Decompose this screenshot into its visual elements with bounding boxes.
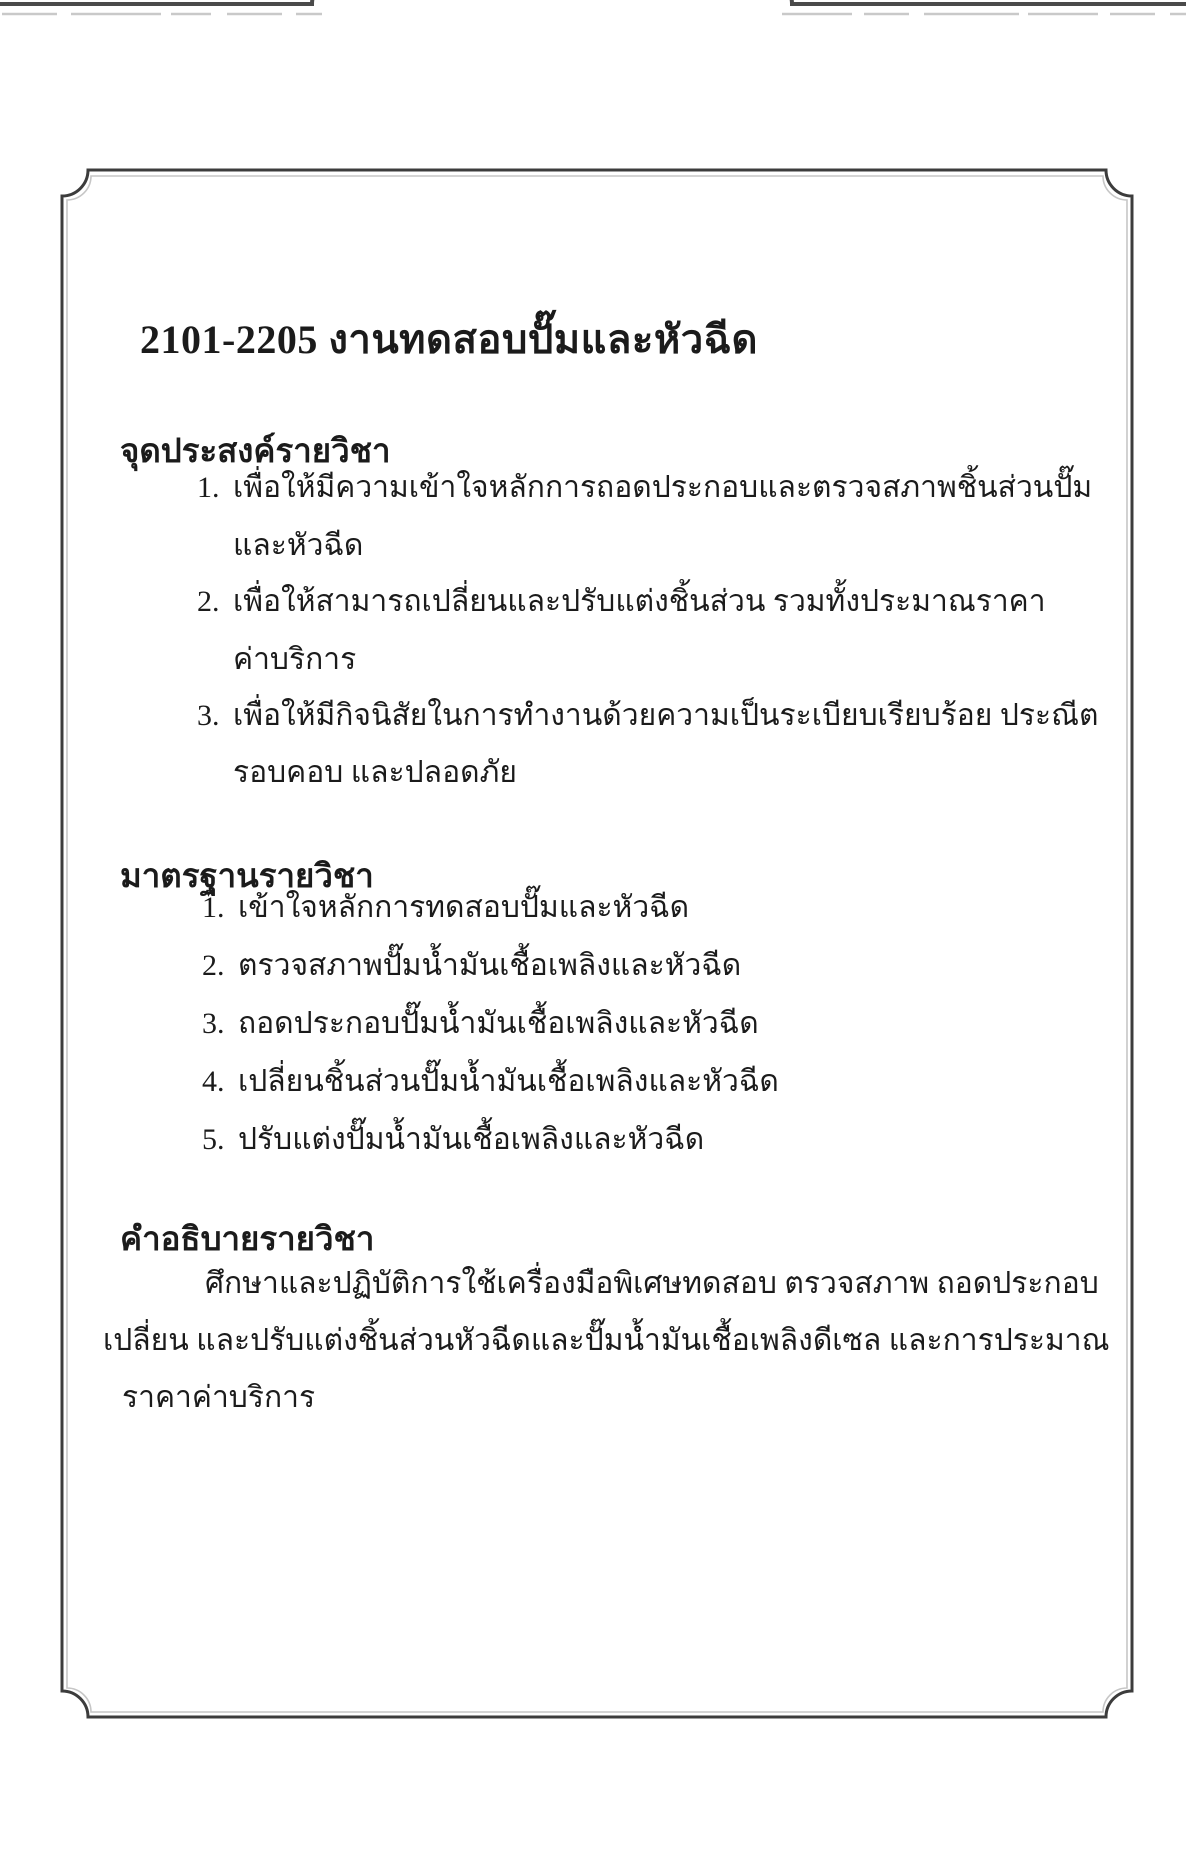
- description-line: ราคาค่าบริการ: [122, 1378, 315, 1419]
- objective-item-text: เพื่อให้สามารถเปลี่ยนและปรับแต่งชิ้นส่วน…: [233, 585, 1046, 618]
- objective-item: 3.เพื่อให้มีกิจนิสัยในการทำงานด้วยความเป…: [197, 696, 1098, 737]
- objective-item: 1.เพื่อให้มีความเข้าใจหลักการถอดประกอบแล…: [197, 468, 1092, 509]
- objective-item: 2.เพื่อให้สามารถเปลี่ยนและปรับแต่งชิ้นส่…: [197, 582, 1046, 623]
- objective-item-continuation: ค่าบริการ: [233, 640, 356, 681]
- objective-item-text: เพื่อให้มีความเข้าใจหลักการถอดประกอบและต…: [233, 471, 1092, 504]
- document-page: 2101-2205 งานทดสอบปั๊มและหัวฉีด จุดประสง…: [0, 0, 1186, 1867]
- standard-item: 5.ปรับแต่งปั๊มน้ำมันเชื้อเพลิงและหัวฉีด: [202, 1120, 704, 1161]
- objective-item-text: เพื่อให้มีกิจนิสัยในการทำงานด้วยความเป็น…: [233, 699, 1098, 732]
- standard-item-text: เข้าใจหลักการทดสอบปั๊มและหัวฉีด: [238, 891, 689, 924]
- standard-item: 1.เข้าใจหลักการทดสอบปั๊มและหัวฉีด: [202, 888, 689, 929]
- standard-item-number: 1.: [202, 888, 238, 929]
- standard-item-number: 2.: [202, 946, 238, 987]
- standard-item: 4.เปลี่ยนชิ้นส่วนปั๊มน้ำมันเชื้อเพลิงและ…: [202, 1062, 779, 1103]
- objective-item-continuation: และหัวฉีด: [233, 526, 363, 567]
- objective-item-number: 1.: [197, 468, 233, 509]
- course-title: 2101-2205 งานทดสอบปั๊มและหัวฉีด: [140, 315, 758, 365]
- page-border-frame: [0, 0, 1186, 1867]
- objective-item-number: 3.: [197, 696, 233, 737]
- standard-item-number: 5.: [202, 1120, 238, 1161]
- standard-item-text: ตรวจสภาพปั๊มน้ำมันเชื้อเพลิงและหัวฉีด: [238, 949, 741, 982]
- scan-artifact-top-edge: [0, 0, 1186, 40]
- standard-item-number: 4.: [202, 1062, 238, 1103]
- standard-item-number: 3.: [202, 1004, 238, 1045]
- standard-item: 2.ตรวจสภาพปั๊มน้ำมันเชื้อเพลิงและหัวฉีด: [202, 946, 741, 987]
- standard-item-text: ถอดประกอบปั๊มน้ำมันเชื้อเพลิงและหัวฉีด: [238, 1007, 759, 1040]
- standard-item: 3.ถอดประกอบปั๊มน้ำมันเชื้อเพลิงและหัวฉีด: [202, 1004, 759, 1045]
- objective-item-continuation: รอบคอบ และปลอดภัย: [233, 753, 517, 794]
- description-heading: คำอธิบายรายวิชา: [120, 1220, 374, 1261]
- objective-item-number: 2.: [197, 582, 233, 623]
- standard-item-text: ปรับแต่งปั๊มน้ำมันเชื้อเพลิงและหัวฉีด: [238, 1123, 704, 1156]
- standard-item-text: เปลี่ยนชิ้นส่วนปั๊มน้ำมันเชื้อเพลิงและหั…: [238, 1065, 779, 1098]
- description-line: เปลี่ยน และปรับแต่งชิ้นส่วนหัวฉีดและปั๊ม…: [103, 1321, 1109, 1362]
- description-line: ศึกษาและปฏิบัติการใช้เครื่องมือพิเศษทดสอ…: [205, 1264, 1099, 1305]
